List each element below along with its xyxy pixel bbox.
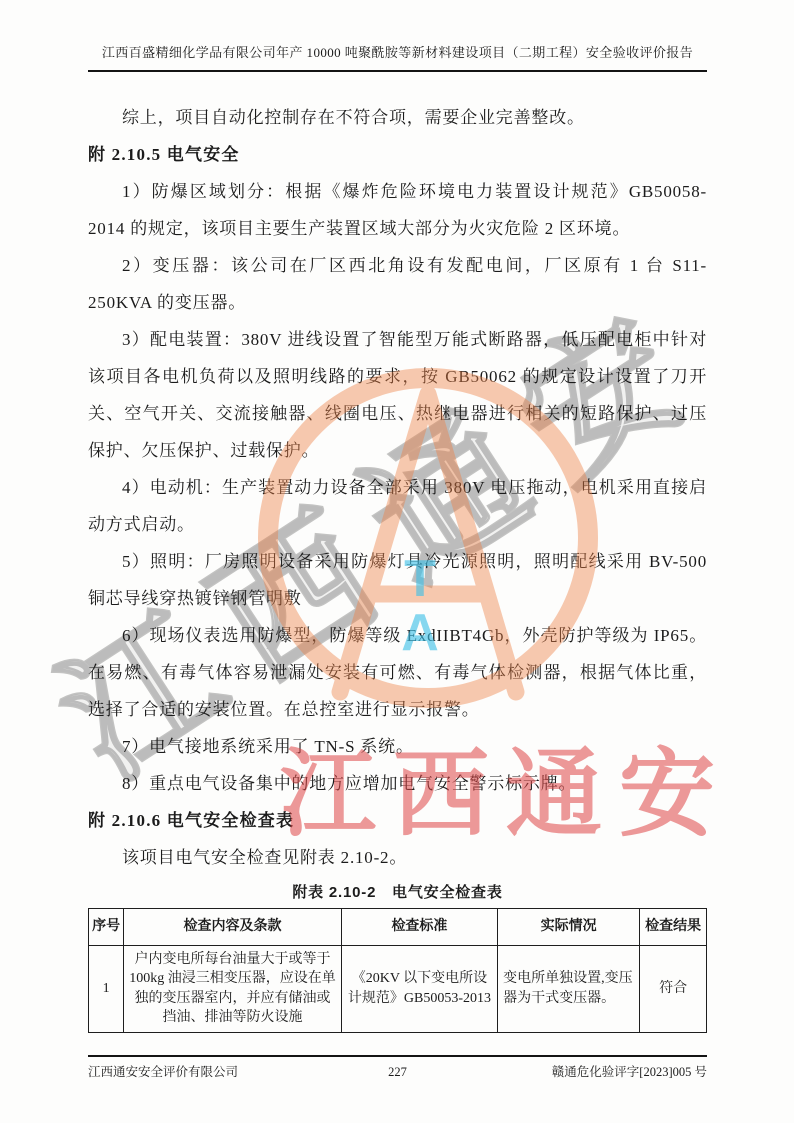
cell-result: 符合 bbox=[640, 945, 707, 1032]
cell-seq: 1 bbox=[89, 945, 124, 1032]
paragraph-summary: 综上，项目自动化控制存在不符合项，需要企业完善整改。 bbox=[88, 99, 707, 136]
footer-page-number: 227 bbox=[388, 1065, 407, 1080]
page-footer: 江西通安安全评价有限公司 227 赣通危化验评字[2023]005 号 bbox=[88, 1055, 707, 1080]
paragraph-item-1: 1）防爆区域划分：根据《爆炸危险环境电力装置设计规范》GB50058-2014 … bbox=[88, 173, 707, 247]
paragraph-item-7: 7）电气接地系统采用了 TN-S 系统。 bbox=[88, 728, 707, 765]
paragraph-item-3: 3）配电装置：380V 进线设置了智能型万能式断路器，低压配电柜中针对该项目各电… bbox=[88, 321, 707, 469]
paragraph-item-2: 2）变压器：该公司在厂区西北角设有发配电间，厂区原有 1 台 S11-250KV… bbox=[88, 247, 707, 321]
section-heading-2-10-6: 附 2.10.6 电气安全检查表 bbox=[88, 802, 707, 839]
paragraph-item-4: 4）电动机：生产装置动力设备全部采用 380V 电压拖动，电机采用直接启动方式启… bbox=[88, 469, 707, 543]
cell-standard: 《20KV 以下变电所设计规范》GB50053-2013 bbox=[341, 945, 497, 1032]
table-header-row: 序号 检查内容及条款 检查标准 实际情况 检查结果 bbox=[89, 909, 707, 946]
electrical-safety-check-table: 序号 检查内容及条款 检查标准 实际情况 检查结果 1 户内变电所每台油量大于或… bbox=[88, 908, 707, 1033]
section-heading-2-10-5: 附 2.10.5 电气安全 bbox=[88, 136, 707, 173]
page-content: 综上，项目自动化控制存在不符合项，需要企业完善整改。 附 2.10.5 电气安全… bbox=[88, 99, 707, 1033]
paragraph-item-5: 5）照明：厂房照明设备采用防爆灯具冷光源照明，照明配线采用 BV-500 铜芯导… bbox=[88, 543, 707, 617]
footer-doc-number: 赣通危化验评字[2023]005 号 bbox=[407, 1062, 707, 1080]
col-header-content: 检查内容及条款 bbox=[124, 909, 342, 946]
col-header-actual: 实际情况 bbox=[498, 909, 640, 946]
paragraph-item-6: 6）现场仪表选用防爆型，防爆等级 ExdIIBT4Gb，外壳防护等级为 IP65… bbox=[88, 617, 707, 728]
report-page: 江西通安 T A 江西通安 江西百盛精细化学品有限公司年产 10000 吨聚酰胺… bbox=[0, 0, 794, 1123]
footer-company: 江西通安安全评价有限公司 bbox=[88, 1062, 388, 1080]
col-header-standard: 检查标准 bbox=[341, 909, 497, 946]
paragraph-table-ref: 该项目电气安全检查见附表 2.10-2。 bbox=[88, 839, 707, 876]
table-caption: 附表 2.10-2 电气安全检查表 bbox=[88, 880, 707, 906]
cell-content: 户内变电所每台油量大于或等于100kg 油浸三相变压器，应设在单独的变压器室内，… bbox=[124, 945, 342, 1032]
col-header-result: 检查结果 bbox=[640, 909, 707, 946]
cell-actual: 变电所单独设置,变压器为干式变压器。 bbox=[498, 945, 640, 1032]
paragraph-item-8: 8）重点电气设备集中的地方应增加电气安全警示标示牌。 bbox=[88, 765, 707, 802]
report-title: 江西百盛精细化学品有限公司年产 10000 吨聚酰胺等新材料建设项目（二期工程）… bbox=[102, 45, 693, 60]
col-header-seq: 序号 bbox=[89, 909, 124, 946]
table-row: 1 户内变电所每台油量大于或等于100kg 油浸三相变压器，应设在单独的变压器室… bbox=[89, 945, 707, 1032]
page-header: 江西百盛精细化学品有限公司年产 10000 吨聚酰胺等新材料建设项目（二期工程）… bbox=[88, 42, 707, 72]
